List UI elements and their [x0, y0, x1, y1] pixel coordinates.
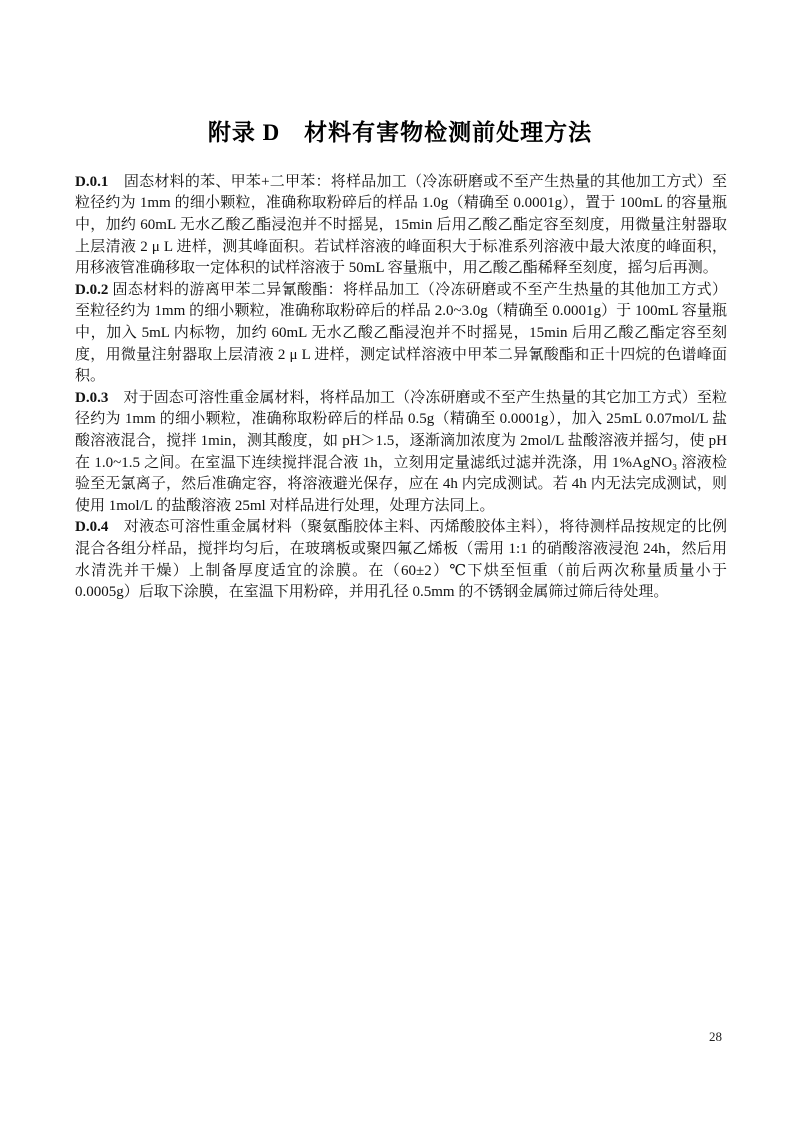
clause-d02-label: D.0.2	[75, 282, 108, 298]
clause-d04: D.0.4 对液态可溶性重金属材料（聚氨酯胶体主料、丙烯酸胶体主料），将待测样品…	[75, 517, 727, 603]
clause-d03-text: 对于固态可溶性重金属材料，将样品加工（冷冻研磨或不至产生热量的其它加工方式）至粒…	[75, 390, 727, 514]
document-body: D.0.1 固态材料的苯、甲苯+二甲苯：将样品加工（冷冻研磨或不至产生热量的其他…	[75, 172, 727, 604]
clause-d04-text: 对液态可溶性重金属材料（聚氨酯胶体主料、丙烯酸胶体主料），将待测样品按规定的比例…	[75, 519, 727, 600]
clause-d03-label: D.0.3	[75, 390, 108, 406]
clause-d01: D.0.1 固态材料的苯、甲苯+二甲苯：将样品加工（冷冻研磨或不至产生热量的其他…	[75, 172, 727, 280]
clause-d03: D.0.3 对于固态可溶性重金属材料，将样品加工（冷冻研磨或不至产生热量的其它加…	[75, 388, 727, 518]
clause-d04-label: D.0.4	[75, 519, 108, 535]
page-title: 附录 D 材料有害物检测前处理方法	[0, 118, 800, 148]
clause-d02: D.0.2 固态材料的游离甲苯二异氰酸酯：将样品加工（冷冻研磨或不至产生热量的其…	[75, 280, 727, 388]
document-page: 附录 D 材料有害物检测前处理方法 D.0.1 固态材料的苯、甲苯+二甲苯：将样…	[0, 0, 800, 1131]
clause-d02-text: 固态材料的游离甲苯二异氰酸酯：将样品加工（冷冻研磨或不至产生热量的其他加工方式）…	[75, 282, 727, 384]
clause-d01-text: 固态材料的苯、甲苯+二甲苯：将样品加工（冷冻研磨或不至产生热量的其他加工方式）至…	[75, 174, 727, 276]
clause-d01-label: D.0.1	[75, 174, 108, 190]
page-number: 28	[709, 1029, 722, 1045]
